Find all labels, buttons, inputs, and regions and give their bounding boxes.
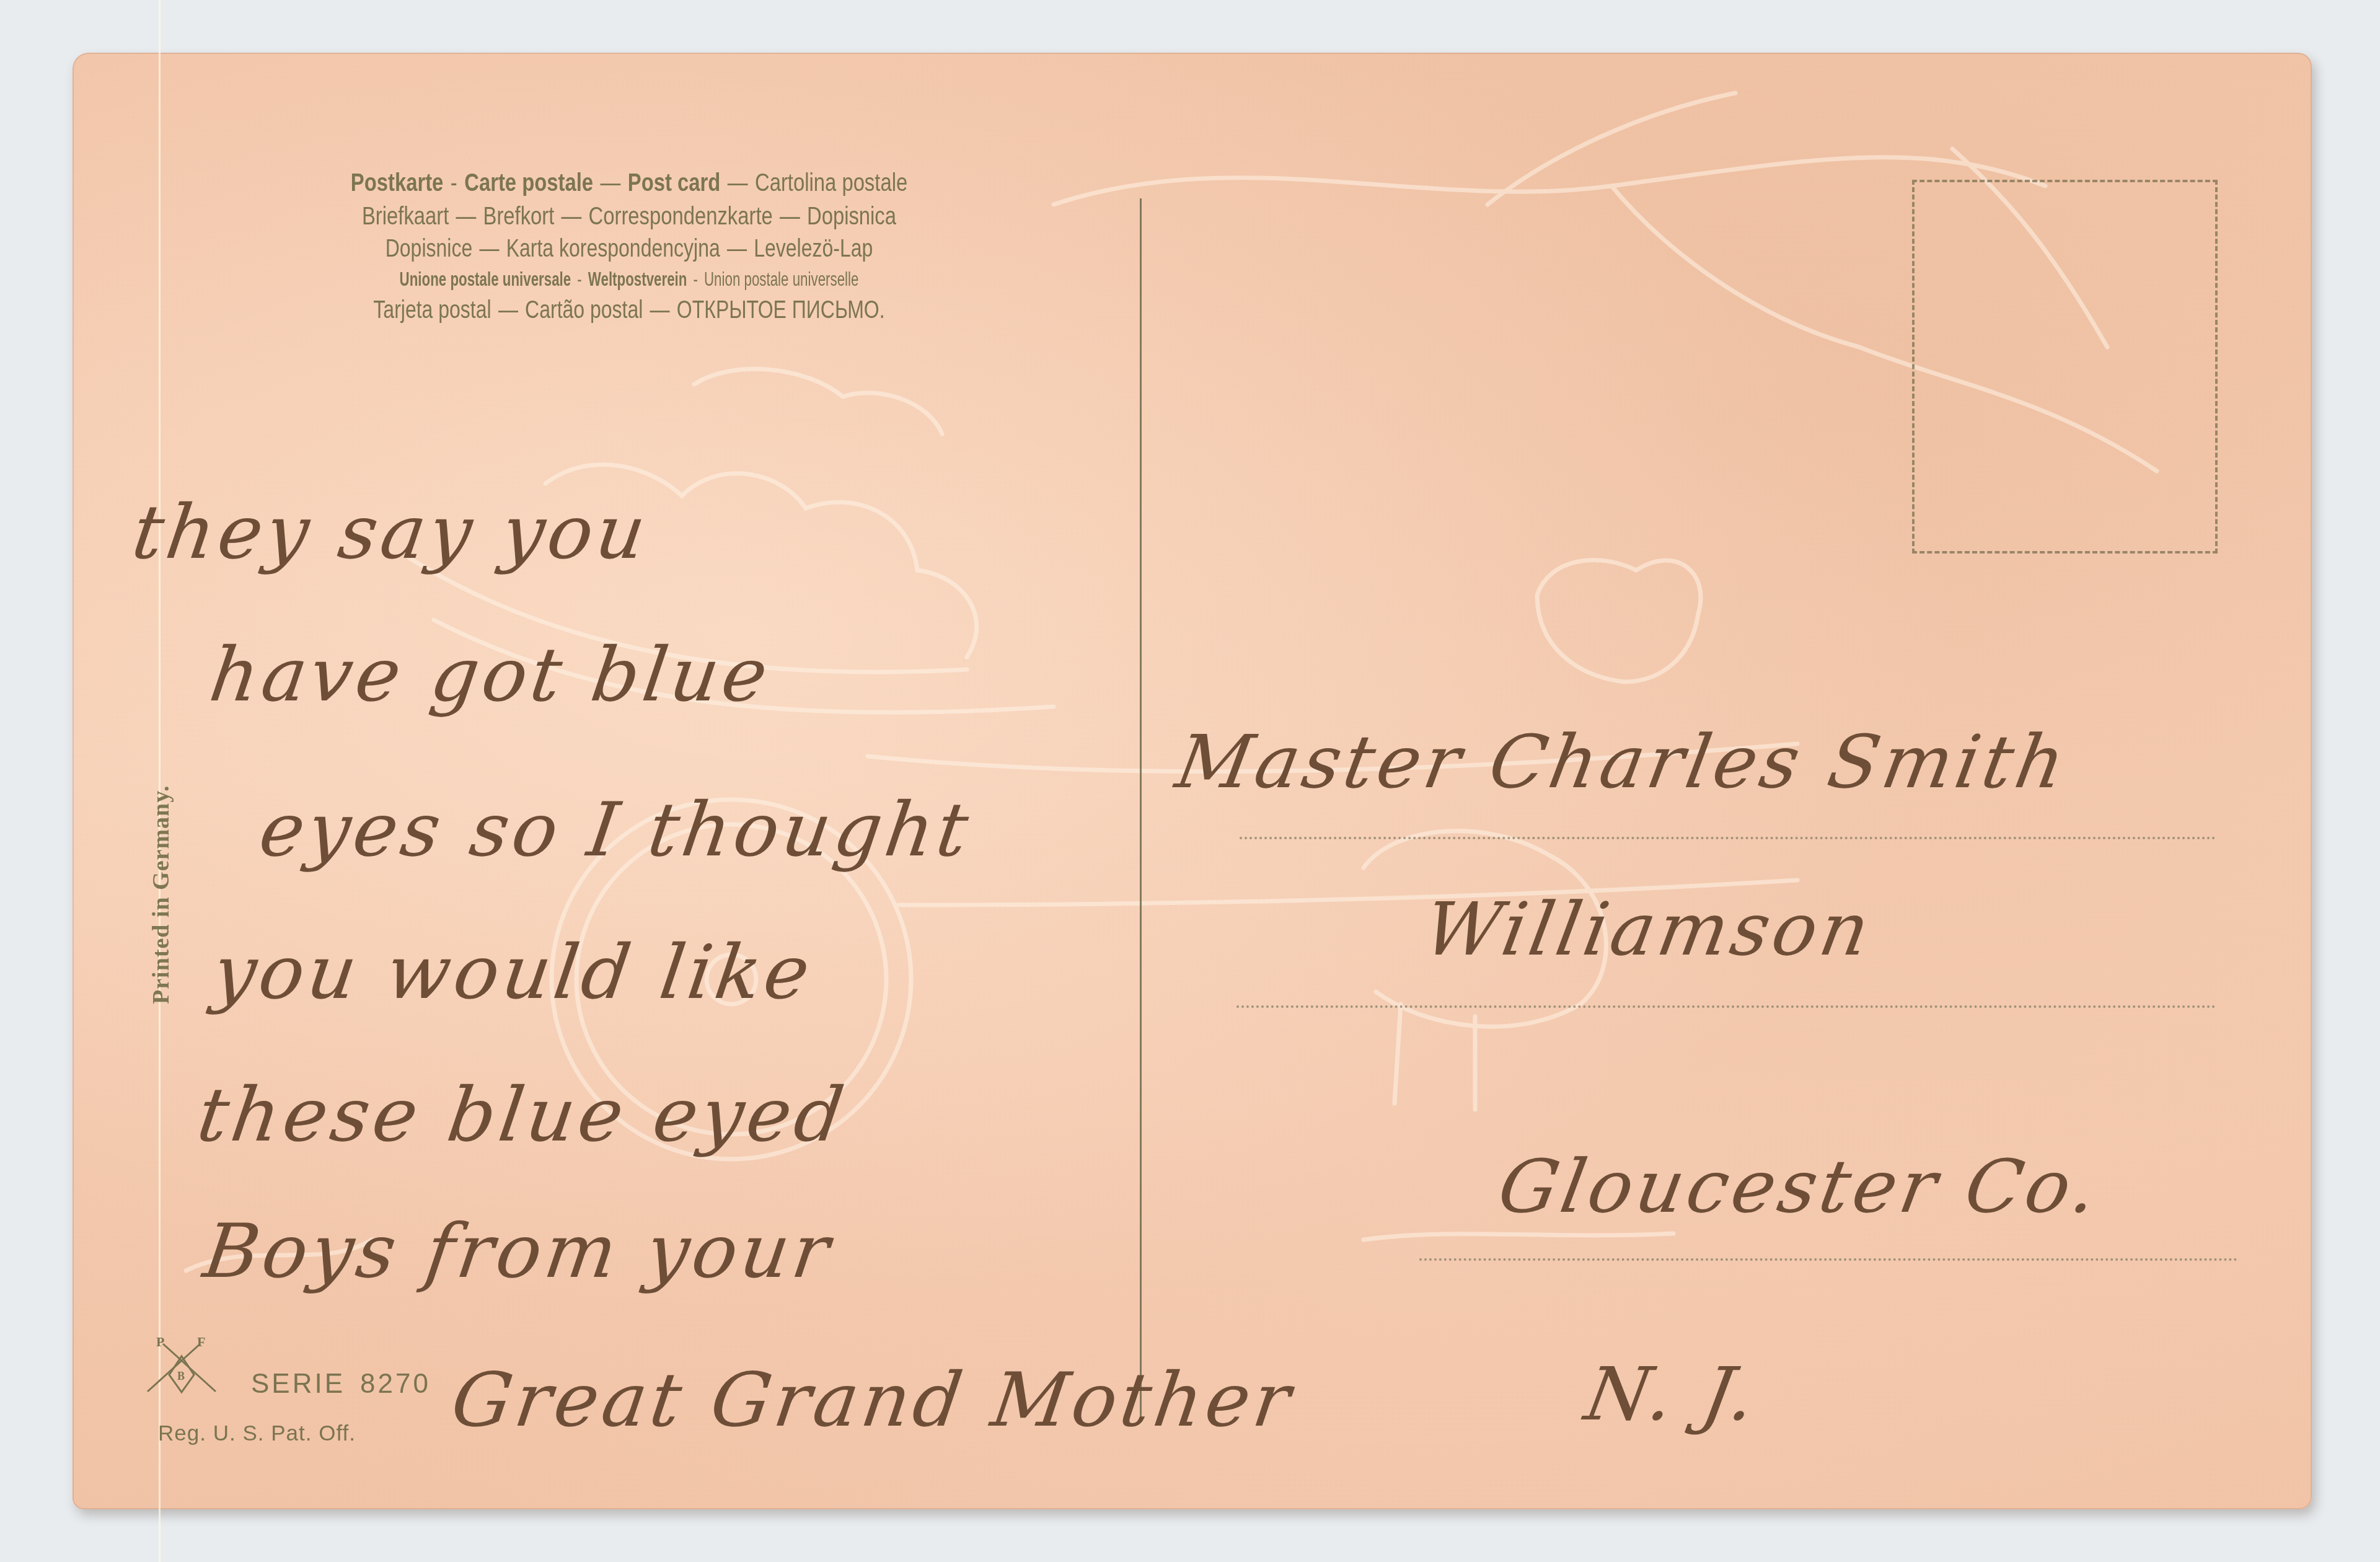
header-separator: —	[780, 201, 800, 230]
header-text: Karta korespondencyjna	[506, 235, 720, 262]
address-line-3	[1419, 1258, 2237, 1261]
postcard-header: Postkarte-Carte postale—Post card—Cartol…	[198, 170, 1060, 322]
header-line-4: Unione postale universale-Weltpostverein…	[319, 270, 940, 289]
series-text: SERIE	[251, 1369, 345, 1399]
scan-artifact-line	[159, 0, 161, 1562]
center-divider-line	[1140, 198, 1142, 1419]
header-separator: —	[456, 201, 477, 230]
publisher-logo-icon: P F B	[141, 1333, 222, 1404]
message-signature: Great Grand Mother	[447, 1364, 1298, 1438]
message-line-4: you would like	[209, 936, 818, 1010]
header-separator: —	[600, 169, 620, 196]
header-separator: —	[562, 201, 582, 230]
header-separator: —	[728, 169, 748, 196]
header-text: Postkarte	[351, 169, 443, 196]
message-line-1: they say you	[128, 496, 654, 570]
printed-in-germany-label: Printed in Germany.	[148, 785, 175, 1004]
registration-text: Reg. U. S. Pat. Off.	[158, 1421, 356, 1446]
series-label: SERIE8270	[251, 1369, 431, 1400]
header-line-3: Dopisnice—Karta korespondencyjna—Levelez…	[284, 236, 974, 261]
address-town: Williamson	[1419, 893, 1879, 966]
header-separator: -	[693, 268, 697, 290]
header-line-2: Briefkaart—Brefkort—Correspondenzkarte—D…	[284, 203, 974, 229]
header-text: Union postale universelle	[704, 268, 858, 290]
message-line-6: Boys from your	[200, 1215, 837, 1289]
header-text: Correspondenzkarte	[589, 201, 773, 230]
header-text: Levelezö-Lap	[754, 235, 873, 262]
message-line-2: have got blue	[206, 638, 776, 713]
header-separator: —	[727, 235, 747, 262]
logo-letter-b: B	[177, 1370, 185, 1382]
series-number: 8270	[360, 1369, 431, 1399]
header-text: Tarjeta postal	[373, 296, 491, 324]
header-line-5: Tarjeta postal—Cartão postal—ОТКРЫТОЕ ПИ…	[284, 298, 974, 322]
logo-letter-p: P	[156, 1334, 164, 1349]
address-state: N. J.	[1580, 1357, 1765, 1431]
stamp-placeholder-box	[1912, 180, 2218, 554]
message-line-3: eyes so I thought	[255, 793, 976, 868]
header-separator: —	[650, 296, 670, 324]
address-county: Gloucester Co.	[1494, 1150, 2106, 1223]
message-line-5: these blue eyed	[193, 1079, 852, 1153]
header-text: Cartão postal	[525, 296, 643, 324]
header-separator: -	[577, 268, 581, 290]
header-separator: -	[451, 169, 457, 196]
header-text: Cartolina postale	[755, 169, 907, 196]
header-text: Post card	[628, 169, 720, 196]
header-text: Carte postale	[464, 169, 593, 196]
header-text: Dopisnice	[386, 235, 473, 262]
address-line-2	[1236, 1005, 2216, 1008]
address-recipient-name: Master Charles Smith	[1171, 725, 2074, 798]
logo-letter-f: F	[197, 1334, 205, 1349]
header-text: Weltpostverein	[588, 268, 687, 290]
header-text: Unione postale universale	[400, 268, 571, 290]
header-text: Dopisnica	[807, 201, 896, 230]
header-separator: —	[498, 296, 518, 324]
header-text: Brefkort	[483, 201, 555, 230]
address-line-1	[1240, 837, 2216, 839]
header-separator: —	[479, 235, 499, 262]
header-text: ОТКРЫТОЕ ПИСЬМО.	[677, 296, 885, 324]
header-text: Briefkaart	[362, 201, 449, 230]
header-line-1: Postkarte-Carte postale—Post card—Cartol…	[276, 170, 982, 195]
